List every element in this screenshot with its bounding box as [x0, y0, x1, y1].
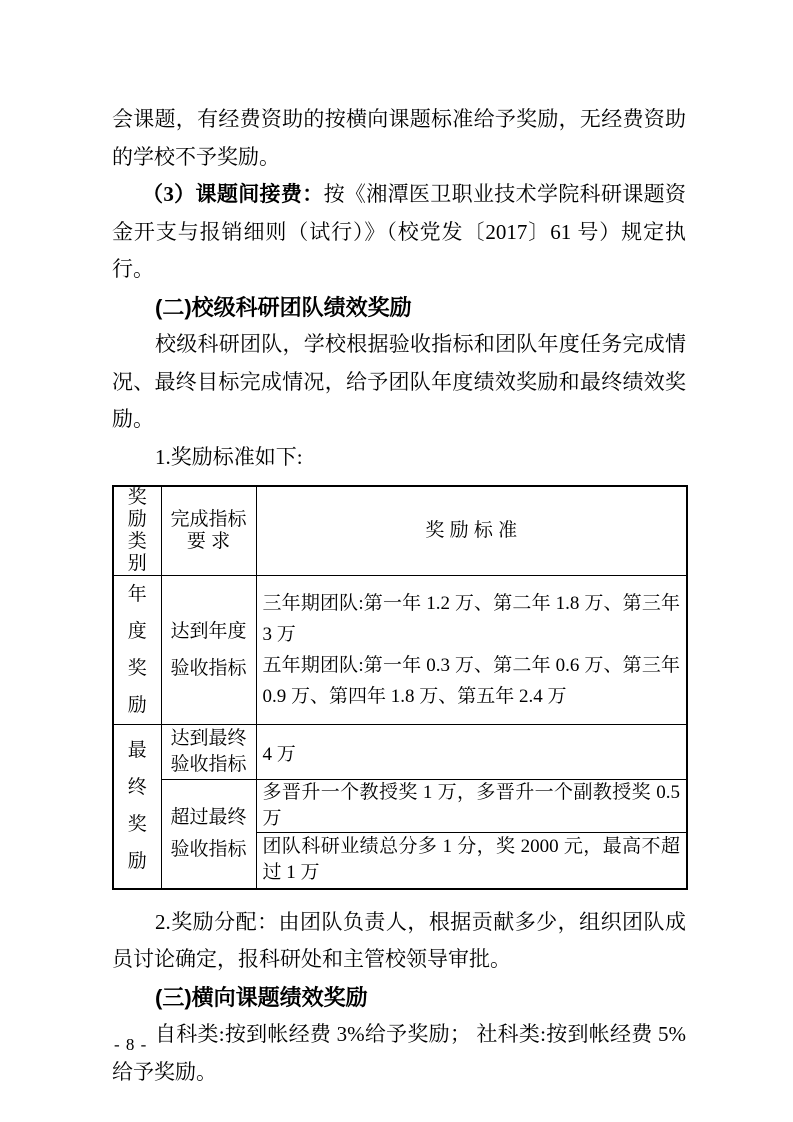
cell-final-meet-requirement-line1: 达到最终	[168, 726, 250, 752]
paragraph-team-intro: 校级科研团队，学校根据验收指标和团队年度任务完成情况、最终目标完成情况，给予团队…	[112, 326, 686, 439]
cell-annual-standard: 三年期团队:第一年 1.2 万、第二年 1.8 万、第三年 3 万 五年期团队:…	[256, 576, 687, 725]
section-heading-team-reward: (二)校级科研团队绩效奖励	[112, 289, 686, 327]
header-completion-requirement-line1: 完成指标	[168, 509, 250, 531]
table-row-annual: 年度奖励 达到年度验收指标 三年期团队:第一年 1.2 万、第二年 1.8 万、…	[113, 576, 687, 725]
table-header-row: 奖励类别 完成指标要 求 奖 励 标 准	[113, 486, 687, 576]
header-reward-standard: 奖 励 标 准	[256, 486, 687, 576]
cell-final-exceed-requirement: 超过最终验收指标	[161, 780, 256, 889]
table-row-final-meet: 最终奖励 达到最终验收指标 4 万	[113, 725, 687, 780]
cell-annual-category-line2: 奖励	[120, 650, 155, 724]
header-reward-category: 奖励类别	[113, 486, 161, 576]
cell-annual-category: 年度奖励	[113, 576, 161, 725]
paragraph-indirect-fee-lead: （3）课题间接费：	[142, 182, 324, 206]
cell-final-meet-requirement: 达到最终验收指标	[161, 725, 256, 780]
cell-annual-requirement-line2: 验收指标	[168, 650, 250, 687]
cell-standard-promotion: 多晋升一个教授奖 1 万，多晋升一个副教授奖 0.5 万	[256, 780, 687, 833]
cell-final-meet-standard: 4 万	[256, 725, 687, 780]
reward-standards-table: 奖励类别 完成指标要 求 奖 励 标 准 年度奖励 达到年度验收指标 三年期团队…	[112, 485, 688, 890]
header-completion-requirement: 完成指标要 求	[161, 486, 256, 576]
document-page: { "document": { "paragraphs": { "p1": "会…	[0, 0, 793, 1122]
cell-final-category: 最终奖励	[113, 725, 161, 889]
paragraph-standard-label: 1.奖励标准如下:	[112, 439, 686, 477]
page-number: - 8 -	[114, 1035, 147, 1055]
paragraph-reward-distribution: 2.奖励分配：由团队负责人，根据贡献多少，组织团队成员讨论确定，报科研处和主管校…	[112, 904, 686, 979]
paragraph-indirect-fee: （3）课题间接费：按《湘潭医卫职业技术学院科研课题资金开支与报销细则（试行）》（…	[112, 176, 686, 289]
section-heading-horizontal-reward: (三)横向课题绩效奖励	[112, 979, 686, 1017]
cell-final-meet-requirement-line2: 验收指标	[168, 752, 250, 778]
cell-annual-requirement-line1: 达到年度	[168, 613, 250, 650]
cell-standard-score: 团队科研业绩总分多 1 分，奖 2000 元，最高不超过 1 万	[256, 833, 687, 889]
table-row-final-exceed-promotion: 超过最终验收指标 多晋升一个教授奖 1 万，多晋升一个副教授奖 0.5 万	[113, 780, 687, 833]
cell-final-exceed-requirement-line2: 验收指标	[168, 834, 250, 866]
cell-final-exceed-requirement-line1: 超过最终	[168, 802, 250, 834]
paragraph-continuation: 会课题，有经费资助的按横向课题标准给予奖励，无经费资助的学校不予奖励。	[112, 101, 686, 176]
header-completion-requirement-line2: 要 求	[168, 531, 250, 553]
paragraph-horizontal-detail: 自科类:按到帐经费 3%给予奖励； 社科类:按到帐经费 5%给予奖励。	[112, 1016, 686, 1091]
cell-final-category-line1: 最终	[120, 732, 155, 806]
header-reward-category-line1: 奖励	[120, 487, 155, 531]
standard-three-year-team: 三年期团队:第一年 1.2 万、第二年 1.8 万、第三年 3 万	[263, 588, 681, 650]
page-content: 会课题，有经费资助的按横向课题标准给予奖励，无经费资助的学校不予奖励。 （3）课…	[112, 101, 686, 1091]
header-reward-category-line2: 类别	[120, 531, 155, 575]
standard-five-year-team: 五年期团队:第一年 0.3 万、第二年 0.6 万、第三年 0.9 万、第四年 …	[263, 650, 681, 712]
cell-annual-requirement: 达到年度验收指标	[161, 576, 256, 725]
cell-annual-category-line1: 年度	[120, 576, 155, 650]
cell-final-category-line2: 奖励	[120, 806, 155, 880]
